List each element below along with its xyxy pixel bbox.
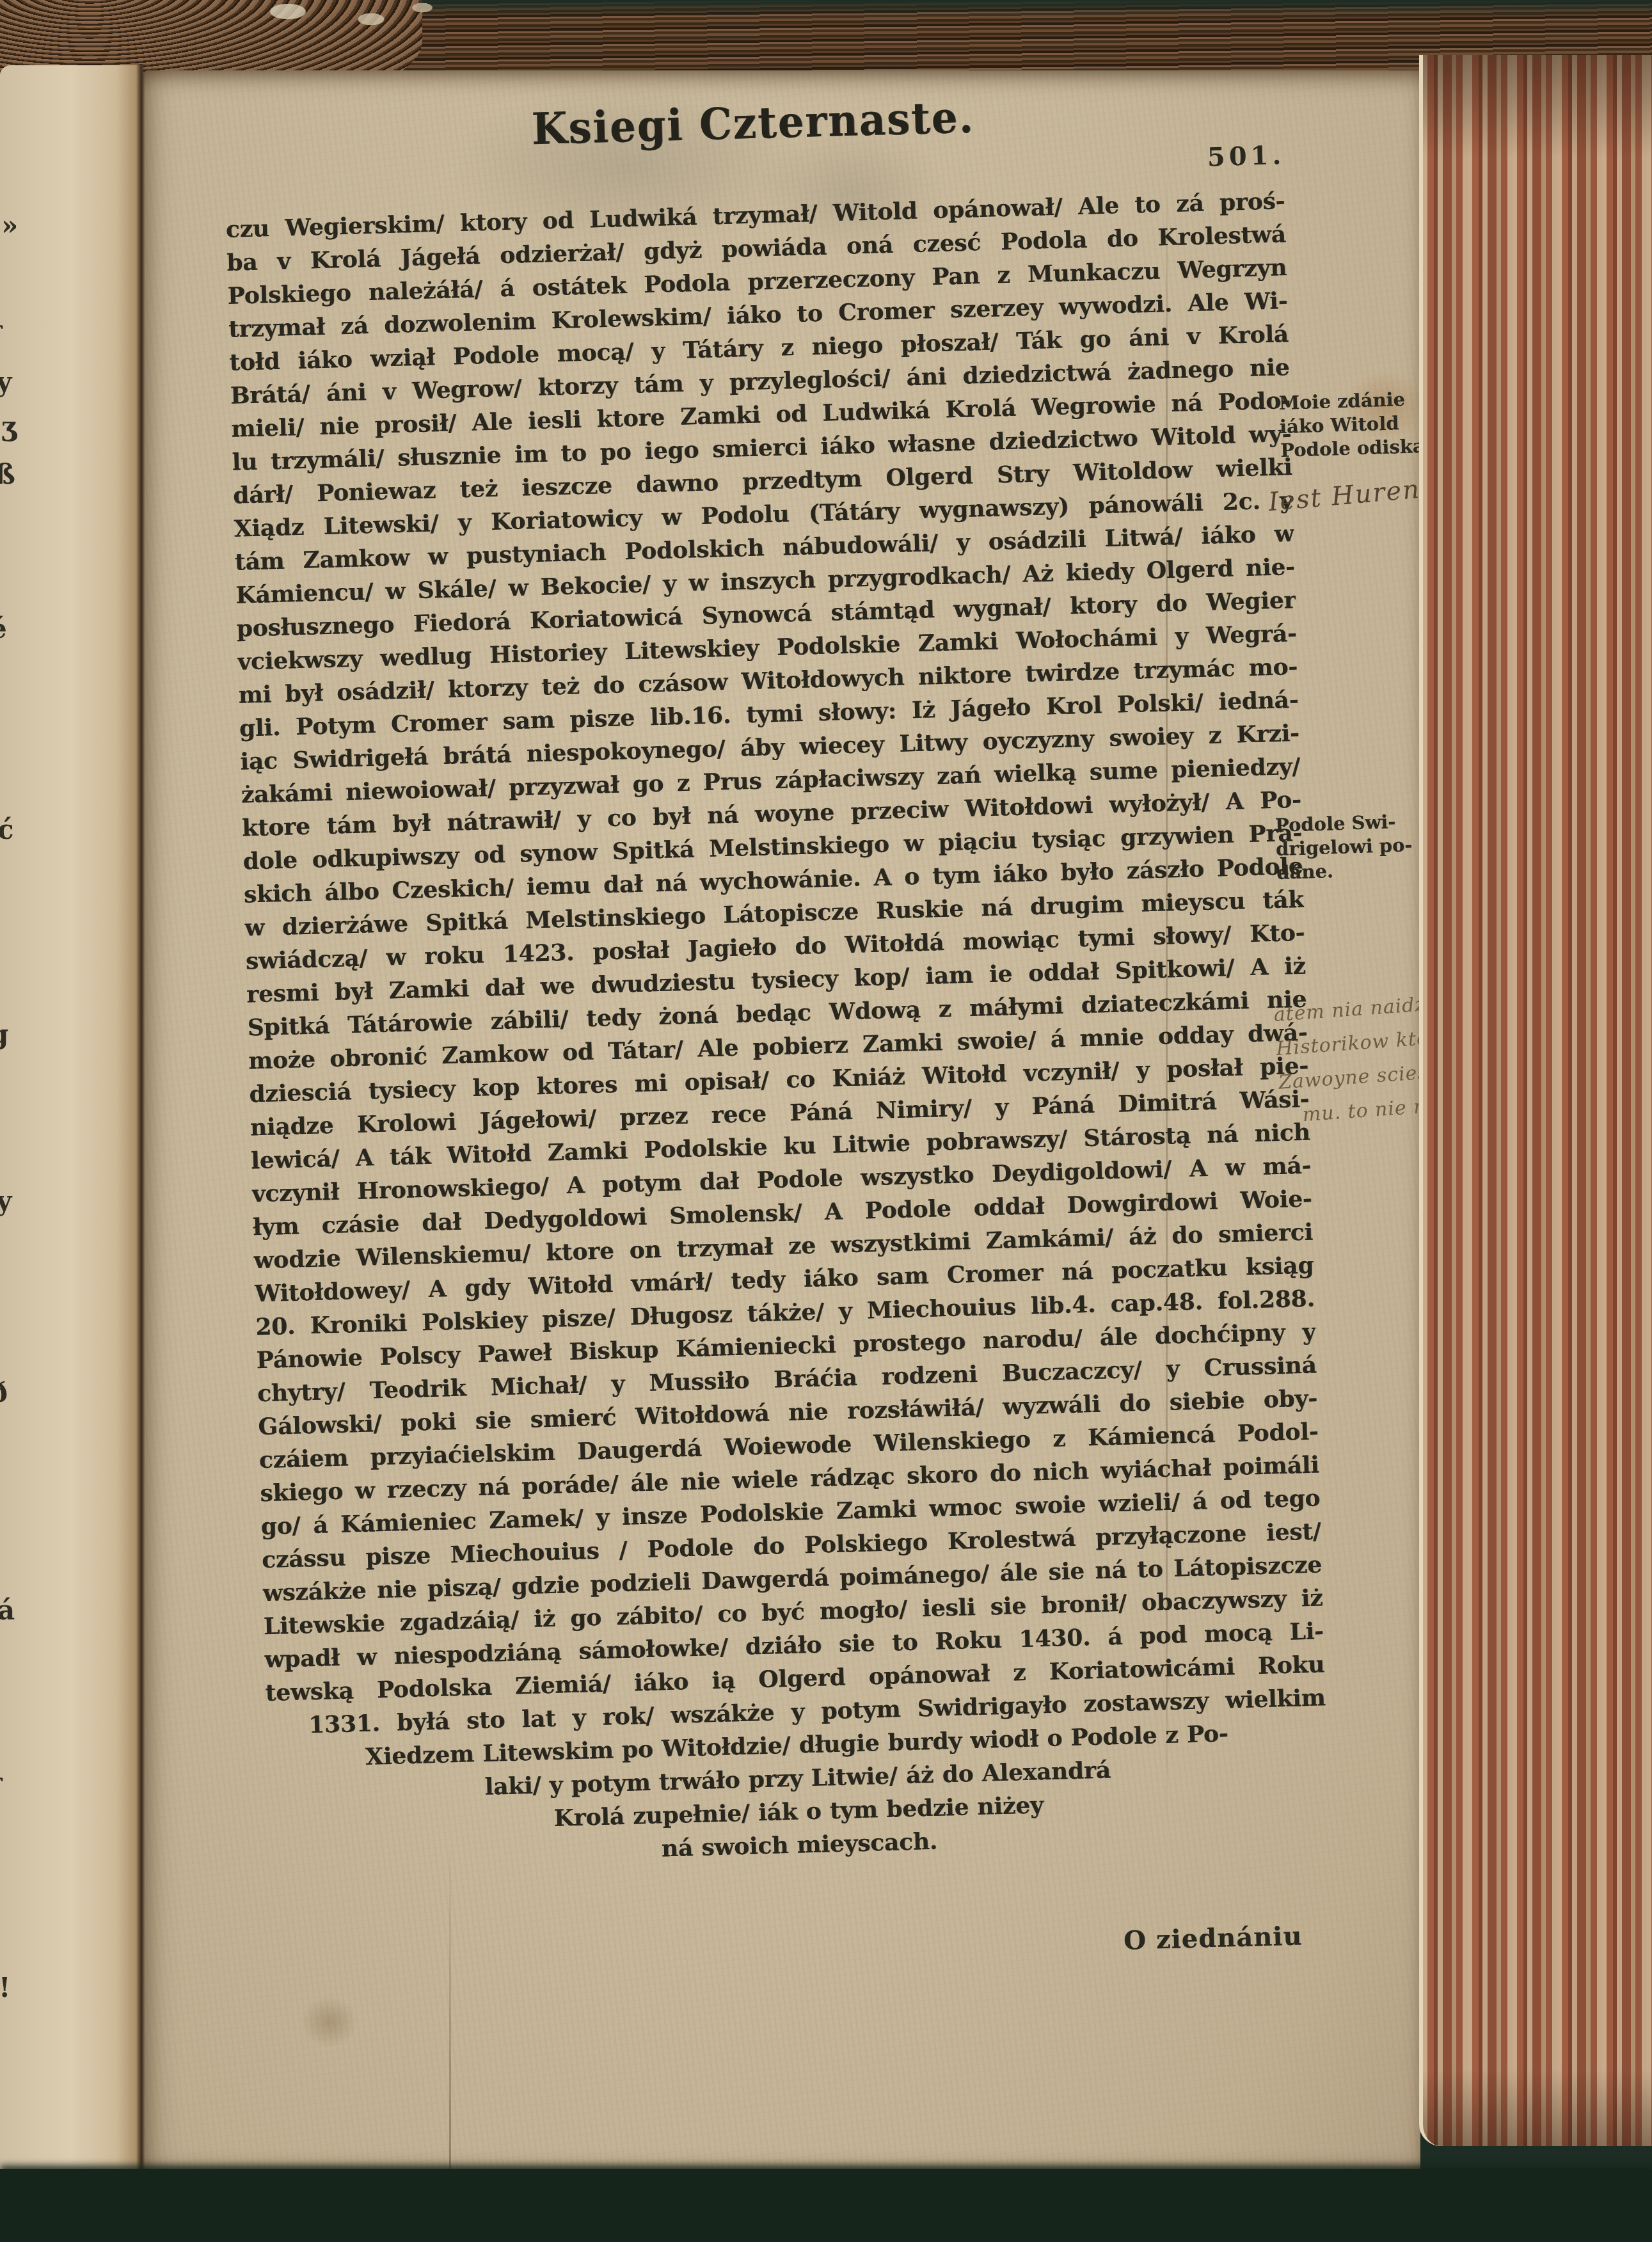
book-photo: »ſyʒßéćgyðáſ! Ksiegi Czternaste. 501. cz… bbox=[0, 0, 1652, 2242]
gutter-crease bbox=[136, 64, 145, 2175]
gutter-glyph-fragment: ß bbox=[0, 459, 15, 490]
gutter-glyph-fragment: é bbox=[0, 613, 7, 644]
paper-stain bbox=[301, 1996, 358, 2047]
catchword: O ziednániu bbox=[1123, 1921, 1303, 1955]
gutter-glyph-fragment: ! bbox=[0, 1972, 10, 2003]
background-bottom bbox=[0, 2169, 1652, 2242]
book-top-worn-chips bbox=[211, 0, 480, 33]
gutter-glyph-fragment: y bbox=[0, 1185, 12, 1216]
fore-edge-pages bbox=[1419, 55, 1652, 2146]
printed-text-block: Ksiegi Czternaste. 501. czu Wegierskim/ … bbox=[223, 85, 1330, 1879]
margin-note-podole-swidrigelowi: Podole Swi-drigelowi po-dáne. bbox=[1275, 809, 1440, 885]
gutter-bottom-notch bbox=[0, 2109, 192, 2242]
page-number: 501. bbox=[1207, 140, 1285, 172]
gutter-glyph-fragments: »ſyʒßéćgyðáſ! bbox=[0, 65, 143, 2174]
facing-page-gutter-sliver: »ſyʒßéćgyðáſ! bbox=[0, 65, 143, 2174]
gutter-glyph-fragment: ð bbox=[0, 1377, 8, 1408]
gutter-glyph-fragment: » bbox=[1, 210, 18, 241]
body-text: czu Wegierskim/ ktory od Ludwiká trzymał… bbox=[225, 187, 1330, 1879]
gutter-glyph-fragment: ʒ bbox=[1, 411, 17, 442]
gutter-glyph-fragment: g bbox=[0, 1019, 8, 1050]
gutter-glyph-fragment: y bbox=[0, 366, 12, 397]
gutter-glyph-fragment: á bbox=[0, 1594, 15, 1626]
paper-crease bbox=[449, 1843, 451, 2175]
gutter-glyph-fragment: ſ bbox=[0, 321, 1, 353]
gutter-glyph-fragment: ć bbox=[0, 814, 14, 845]
gutter-glyph-fragment: ſ bbox=[0, 1774, 1, 1805]
